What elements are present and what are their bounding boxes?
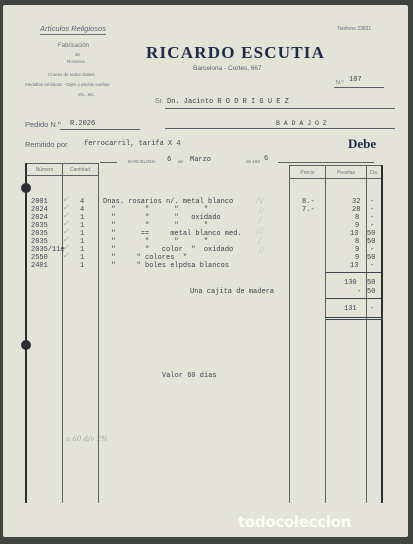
date-line-right xyxy=(278,162,374,163)
order-number: R.2026 xyxy=(70,120,95,128)
row-cents: - xyxy=(370,214,374,222)
header-price: Precio xyxy=(290,170,325,176)
date-line-left xyxy=(100,162,117,163)
row-description: " " " " xyxy=(103,206,208,214)
subtotal-pesetas: 130 xyxy=(344,279,357,287)
date-year-suffix: 6 xyxy=(264,155,268,163)
row-number: 2024 xyxy=(31,206,48,214)
handwritten-margin-note: a 60 d/v 2% xyxy=(66,435,108,443)
row-description: " " color " oxidado xyxy=(103,246,233,254)
company-address: Barcelona - Cortes, 667 xyxy=(193,65,262,72)
telephone: Teléfono 33831 xyxy=(337,26,371,32)
fabrication-line2: de xyxy=(75,52,80,57)
row-number: 2035 xyxy=(31,222,48,230)
row-pesetas: 32 xyxy=(352,198,360,206)
row-number: 2035/11e xyxy=(31,246,65,254)
row-pesetas: 9 xyxy=(355,222,359,230)
row-description: Dnas. rosarios n/. metal blanco xyxy=(103,198,233,206)
total-double-rule-1 xyxy=(326,317,383,318)
products-line3: etc., etc. xyxy=(78,92,95,97)
date-city: BARCELONA xyxy=(128,159,156,164)
row-cents: - xyxy=(370,246,374,254)
debit-label: Debe xyxy=(348,136,376,152)
order-label: Pedido N.º xyxy=(25,120,61,129)
row-cents: 50 xyxy=(367,238,375,246)
row-cents: 50 xyxy=(367,230,375,238)
products-line2: Medallas artísticas - Dijes y piezas sue… xyxy=(25,82,110,87)
date-year-prefix: de 193 xyxy=(246,159,260,164)
row-pesetas: 8 xyxy=(355,214,359,222)
header-pesetas: Pesetas xyxy=(326,170,366,176)
row-pesetas: 13 xyxy=(350,230,358,238)
table-col-pesetas-left xyxy=(325,165,326,503)
date-day: 6 xyxy=(167,156,171,164)
row-quantity: 1 xyxy=(80,246,84,254)
row-pesetas: 28 xyxy=(352,206,360,214)
row-description: " " " " xyxy=(103,222,208,230)
header-divider-right xyxy=(289,178,381,179)
binder-hole-top xyxy=(21,183,31,193)
row-description: " " colores " xyxy=(103,254,187,262)
header-number: Número xyxy=(28,167,61,173)
order-underline xyxy=(60,129,140,130)
row-price: 7.- xyxy=(302,206,315,214)
invoice-number: 107 xyxy=(349,76,362,84)
recipient-city-underline xyxy=(165,128,395,129)
recipient-name: Dn. Jacinto R O D R I G U E Z xyxy=(167,98,289,106)
fabrication-line1: Fabricación xyxy=(58,43,89,49)
payment-terms: Valor 60 días xyxy=(162,372,217,380)
header-cents: Cts. xyxy=(367,170,381,176)
invoice-number-underline xyxy=(334,87,384,88)
subtotal-cents: 50 xyxy=(367,279,375,287)
row-description: " " " " xyxy=(103,238,208,246)
row-quantity: 1 xyxy=(80,230,84,238)
extra-cents: 50 xyxy=(367,288,375,296)
row-quantity: 1 xyxy=(80,222,84,230)
row-description: " " " oxidado xyxy=(103,214,221,222)
invoice-number-label: N.º xyxy=(336,80,344,86)
row-description: " == metal blanco med. xyxy=(103,230,242,238)
row-price: 8.- xyxy=(302,198,315,206)
row-cents: - xyxy=(370,206,374,214)
products-line1: Cruces de todas clases xyxy=(48,72,95,77)
table-col-price-left xyxy=(289,165,290,503)
table-col-quantity-divider xyxy=(98,163,99,503)
row-cents: - xyxy=(370,198,374,206)
company-name: RICARDO ESCUTIA xyxy=(146,43,325,63)
row-description: " " boles elpdsa blancos xyxy=(103,262,229,270)
total-rule xyxy=(326,298,381,299)
recipient-underline xyxy=(165,108,395,109)
row-quantity: 1 xyxy=(80,262,84,270)
row-cents: 50 xyxy=(367,254,375,262)
total-cents: - xyxy=(370,305,374,313)
recipient-prefix: Sr. xyxy=(155,98,164,105)
row-number: 2024 xyxy=(31,214,48,222)
header-divider-left xyxy=(26,175,98,176)
row-quantity: 1 xyxy=(80,214,84,222)
subtotal-rule xyxy=(326,272,381,273)
fabrication-line3: Rosarios xyxy=(67,59,85,64)
row-pesetas: 9 xyxy=(355,246,359,254)
row-number: 2035 xyxy=(31,230,48,238)
extra-pesetas: - xyxy=(357,288,361,296)
watermark-logo: todocoleccion xyxy=(238,513,351,531)
category-label: Artículos Religiosos xyxy=(40,24,106,35)
date-month: Marzo xyxy=(190,156,211,164)
row-number: 2550 xyxy=(31,254,48,262)
table-left-border xyxy=(25,163,27,503)
header-quantity: Cantidad xyxy=(63,167,97,173)
row-quantity: 4 xyxy=(80,206,84,214)
date-de: de xyxy=(178,159,183,164)
total-double-rule-2 xyxy=(326,319,383,320)
pencil-scribbles: /\/ // //// / // xyxy=(256,196,264,256)
total-pesetas: 131 xyxy=(344,305,357,313)
row-number: 2035 xyxy=(31,238,48,246)
shipped-by-label: Remitido por xyxy=(25,140,68,149)
table-col-cents-left xyxy=(366,165,367,503)
row-cents: - xyxy=(370,222,374,230)
row-cents: - xyxy=(370,262,374,270)
table-right-border xyxy=(381,165,383,503)
extra-item-label: Una cajita de madera xyxy=(190,288,274,296)
row-number: 2001 xyxy=(31,198,48,206)
row-pesetas: 8 xyxy=(355,238,359,246)
row-quantity: 4 xyxy=(80,198,84,206)
row-quantity: 1 xyxy=(80,238,84,246)
row-number: 2401 xyxy=(31,262,48,270)
table-top-right xyxy=(289,165,381,166)
row-quantity: 1 xyxy=(80,254,84,262)
binder-hole-bottom xyxy=(21,340,31,350)
row-pesetas: 9 xyxy=(355,254,359,262)
row-pesetas: 13 xyxy=(350,262,358,270)
recipient-city: B A D A J O Z xyxy=(276,120,327,127)
pencil-tick-marks: ✓✓✓✓✓✓✓✓ xyxy=(62,196,70,260)
shipped-by-value: ferrocarril, tarifa X 4 xyxy=(84,140,181,148)
